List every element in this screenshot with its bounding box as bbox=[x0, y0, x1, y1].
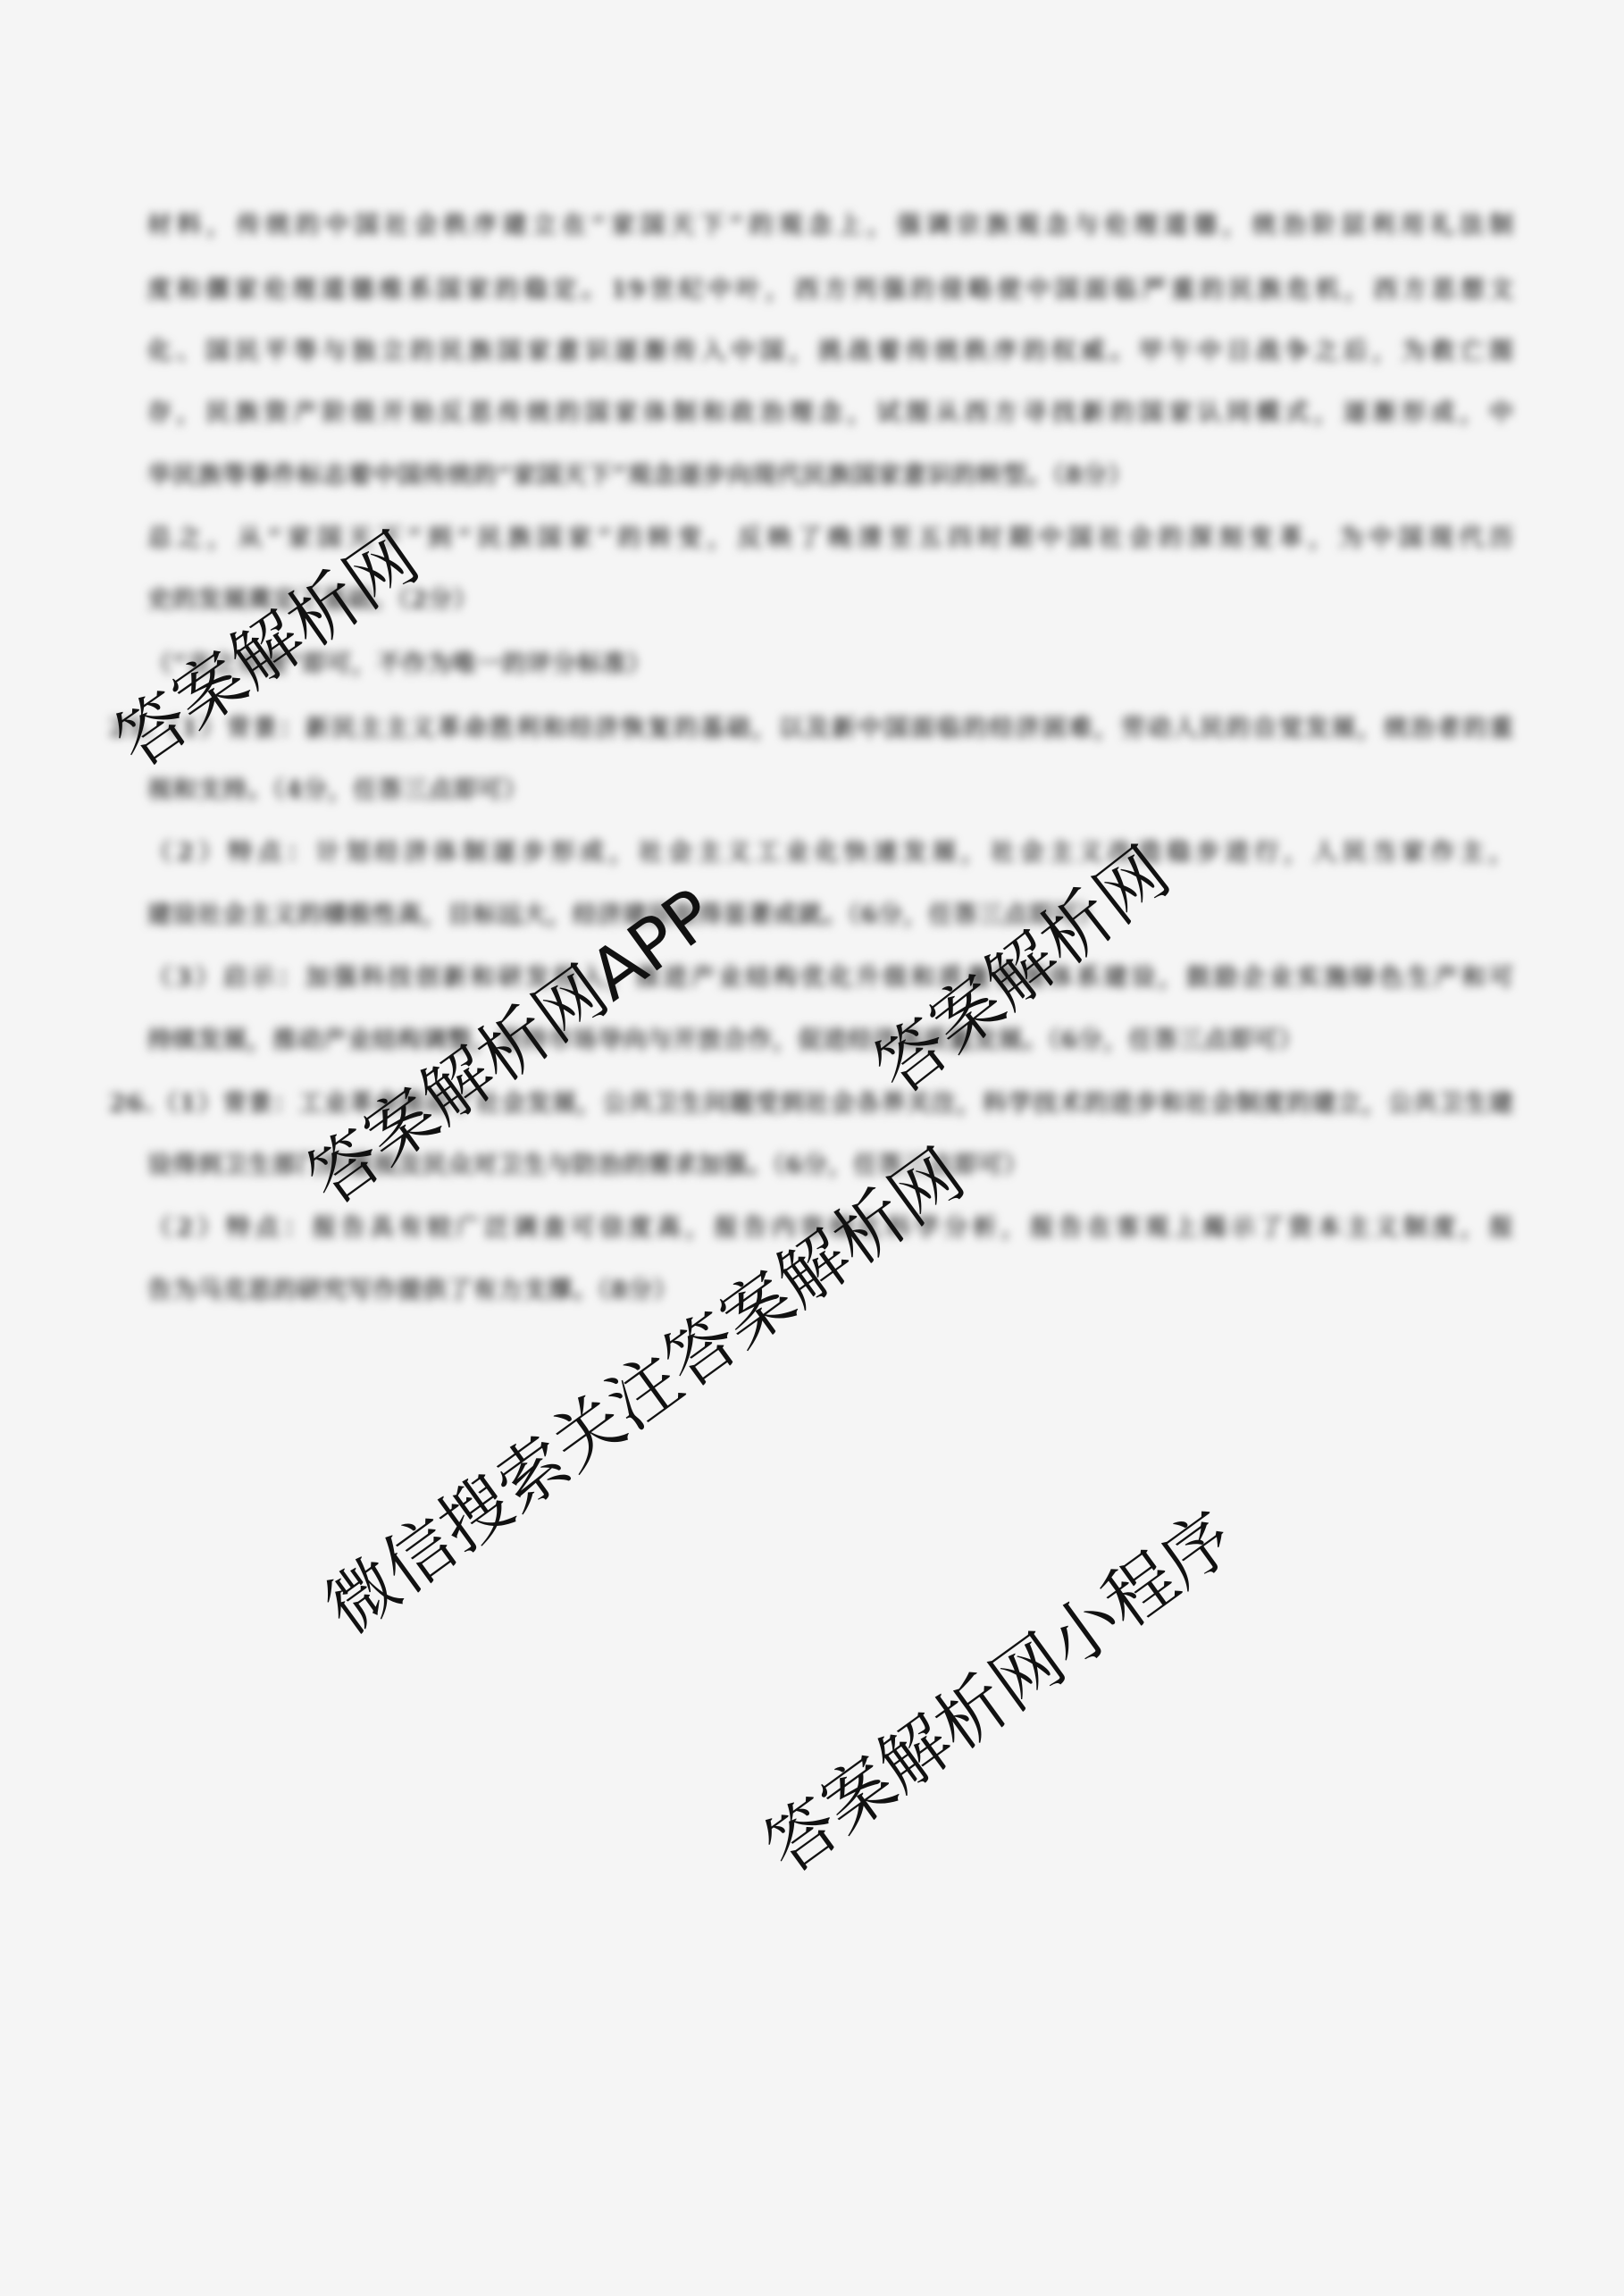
watermark-mini-program-text: 答案解析网小程序 bbox=[754, 1501, 1246, 1885]
text-line: 视和支持。（4分，任答三点即可） bbox=[147, 775, 528, 806]
document-page: 材料，传统的中国社会秩序建立在“家国天下”的观念上，强调宗族观念与伦理道德，统治… bbox=[0, 0, 1624, 2296]
text-line: 史的发展奠定了基础。（2分） bbox=[147, 585, 478, 616]
question-25-line: 25.（1）背景：新民主主义革命胜利和经济恢复的基础，以及新中国面临的经济困难，… bbox=[109, 714, 1514, 744]
text-line: 告为马克思的研究写作提供了有力支撑。（8分） bbox=[147, 1276, 678, 1306]
question-26-line: 26.（1）背景：工业革命推动了社会发展，公共卫生问题受到社会各界关注，科学技术… bbox=[109, 1089, 1514, 1119]
text-line: 度和儒家伦理道德维系国家的稳定。19世纪中叶，西方列强的侵略使中国面临严重的民族… bbox=[147, 275, 1514, 306]
text-line: （“言之有理”即可，不作为唯一的评分标准） bbox=[147, 649, 652, 680]
blurred-answer-text: 材料，传统的中国社会秩序建立在“家国天下”的观念上，强调宗族观念与伦理道德，统治… bbox=[0, 0, 1624, 1340]
text-line: （2）特点：报告具有较广泛调查可信度高，报告内容细化科学分析，报告在客观上揭示了… bbox=[147, 1213, 1514, 1244]
text-line: 设得到卫生部门的重视及民众对卫生与防治的需求加强。（6分，任答三点即可） bbox=[147, 1151, 1028, 1181]
text-line: （2）特点：计划经济体制逐步形成，社会主义工业化快速发展，社会主义改造稳步进行，… bbox=[147, 838, 1514, 868]
text-line: 持续发展，推动产业结构调整，坚持市场导向与开放合作，促进经济高质量发展。（6分，… bbox=[147, 1026, 1303, 1056]
text-line: 材料，传统的中国社会秩序建立在“家国天下”的观念上，强调宗族观念与伦理道德，统治… bbox=[147, 211, 1514, 241]
text-line: 华民族等事件标志着中国传统的“家国天下”观念逐步向现代民族国家意识的转型。（8分… bbox=[147, 461, 1133, 491]
text-line: 存，民族资产阶级开始反思传统的国家体制和政治理念，试图从西方寻找新的国家认同模式… bbox=[147, 398, 1514, 429]
text-line: 建设社会主义的積极性高，目标远大，经济建设取得显著成就。（6分，任答三点即可） bbox=[147, 901, 1103, 931]
text-line: （3）启示：加强科技创新和研发投入，推进产业结构优化升级和质量管理体系建设，鼓励… bbox=[147, 963, 1514, 993]
text-line: 总之，从“家国天下”到“民族国家”的转变，反映了晚清至五四时期中国社会的深刻变革… bbox=[147, 524, 1514, 554]
text-line: 化、国民平等与独立的民族国家意识逐渐传入中国，挑战着传统秩序的权威。甲午中日战争… bbox=[147, 337, 1514, 367]
